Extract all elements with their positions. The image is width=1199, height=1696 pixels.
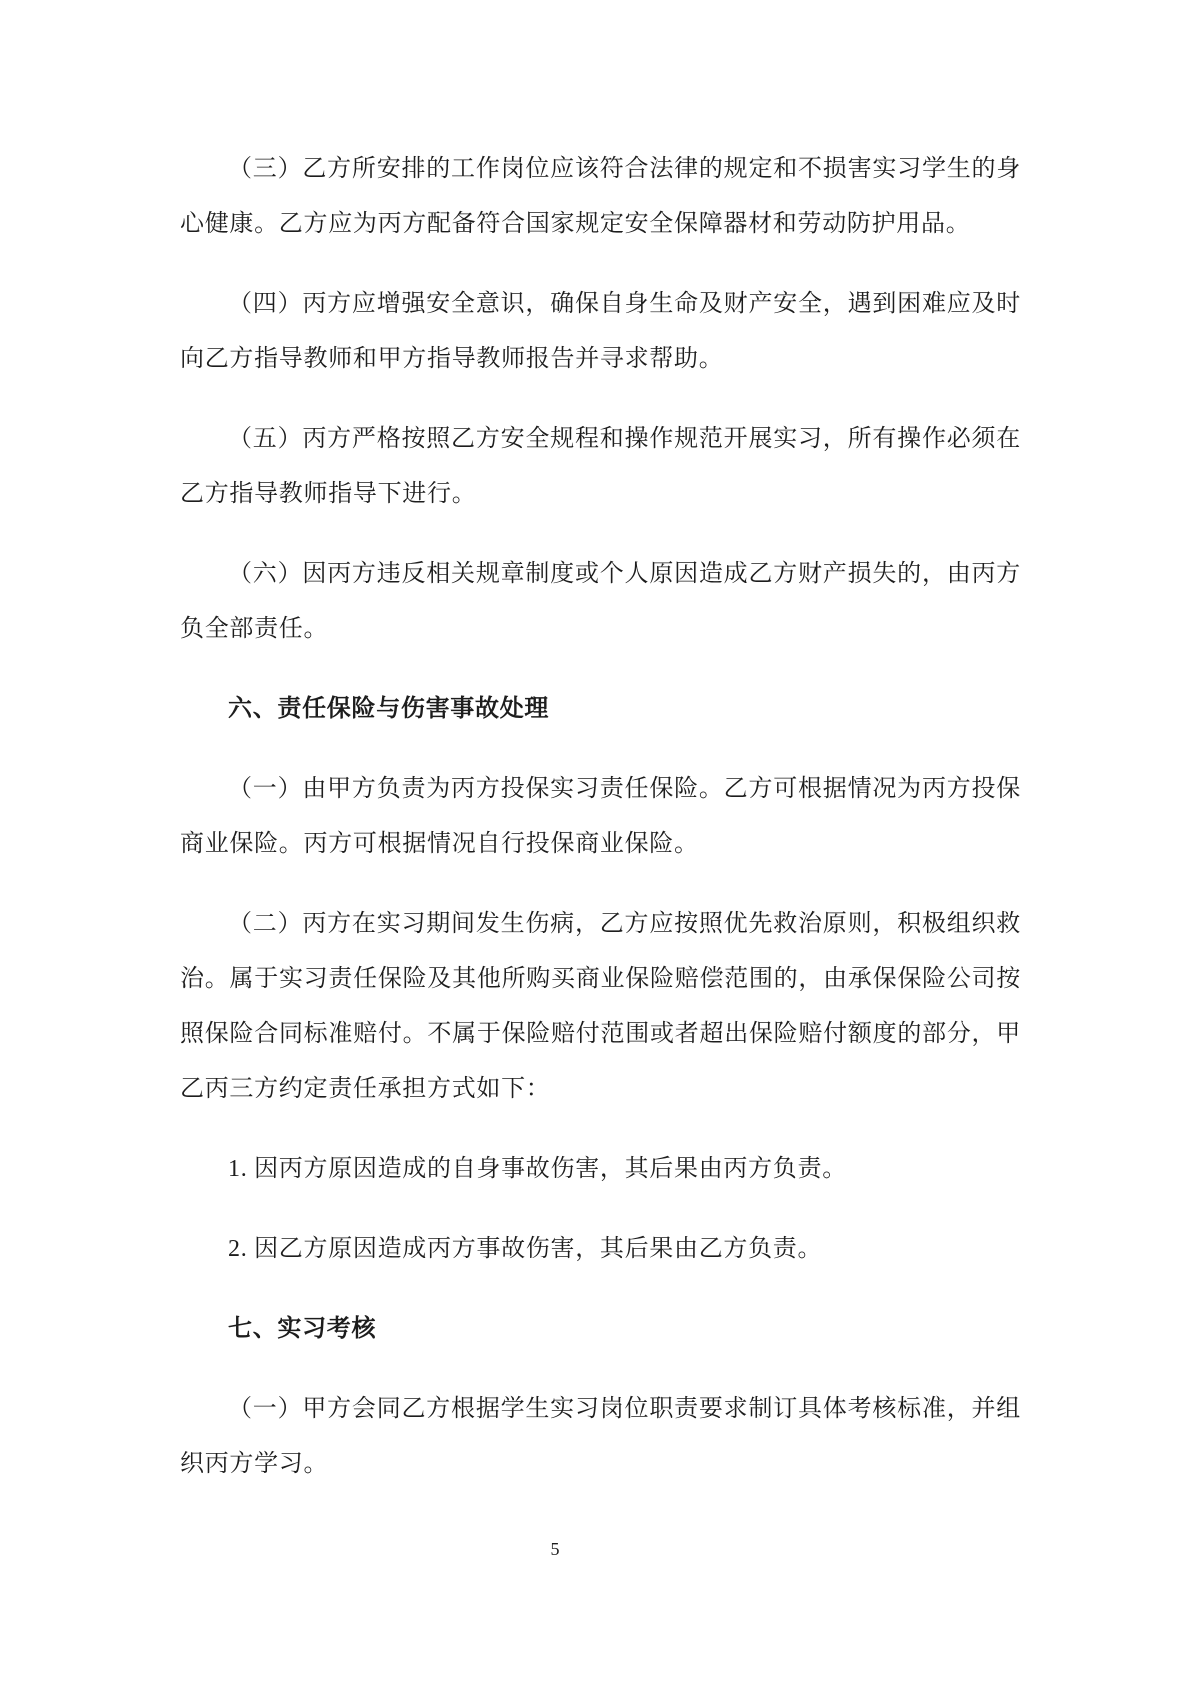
clause-paragraph-6: （六）因丙方违反相关规章制度或个人原因造成乙方财产损失的，由丙方负全部责任。 (180, 547, 1021, 657)
document-page: （三）乙方所安排的工作岗位应该符合法律的规定和不损害实习学生的身心健康。乙方应为… (0, 0, 1199, 1696)
section-heading-liability-insurance: 六、责任保险与伤害事故处理 (180, 682, 1021, 737)
list-item-2: 2. 因乙方原因造成丙方事故伤害，其后果由乙方负责。 (180, 1222, 1021, 1277)
page-number: 5 (0, 1537, 1110, 1561)
clause-paragraph-5: （五）丙方严格按照乙方安全规程和操作规范开展实习，所有操作必须在乙方指导教师指导… (180, 412, 1021, 522)
insurance-clause-2: （二）丙方在实习期间发生伤病，乙方应按照优先救治原则，积极组织救治。属于实习责任… (180, 897, 1021, 1117)
clause-paragraph-4: （四）丙方应增强安全意识，确保自身生命及财产安全，遇到困难应及时向乙方指导教师和… (180, 277, 1021, 387)
document-body: （三）乙方所安排的工作岗位应该符合法律的规定和不损害实习学生的身心健康。乙方应为… (180, 142, 1021, 1492)
clause-paragraph-3: （三）乙方所安排的工作岗位应该符合法律的规定和不损害实习学生的身心健康。乙方应为… (180, 142, 1021, 252)
assessment-clause-1: （一）甲方会同乙方根据学生实习岗位职责要求制订具体考核标准，并组织丙方学习。 (180, 1382, 1021, 1492)
list-item-1: 1. 因丙方原因造成的自身事故伤害，其后果由丙方负责。 (180, 1142, 1021, 1197)
section-heading-assessment: 七、实习考核 (180, 1302, 1021, 1357)
insurance-clause-1: （一）由甲方负责为丙方投保实习责任保险。乙方可根据情况为丙方投保商业保险。丙方可… (180, 762, 1021, 872)
